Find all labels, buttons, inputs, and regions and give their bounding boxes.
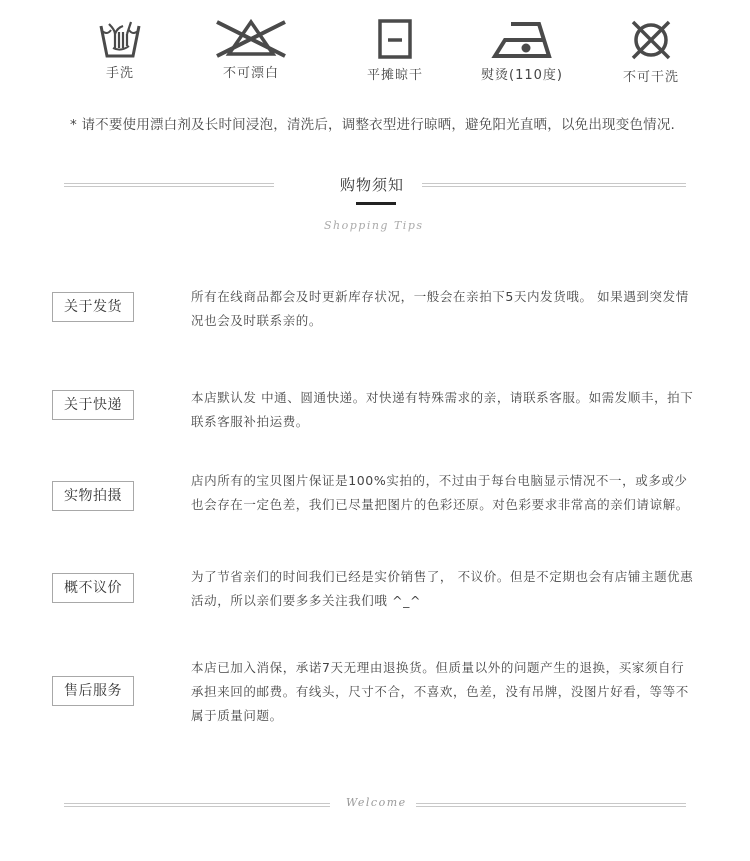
care-note: * 请不要使用漂白剂及长时间浸泡，清洗后，调整衣型进行晾晒，避免阳光直晒，以免出… (70, 113, 710, 133)
care-item-hand-wash: 手洗 (65, 18, 175, 81)
welcome-divider: Welcome (64, 794, 686, 814)
care-label: 不可漂白 (196, 62, 306, 81)
welcome-script: Welcome (346, 796, 407, 809)
tip-label: 概不议价 (52, 573, 134, 603)
tip-text: 店内所有的宝贝图片保证是100%实拍的，不过由于每台电脑显示情况不一，或多或少也… (191, 469, 696, 517)
section-title: 购物须知 (340, 174, 404, 195)
divider-line-left (64, 183, 274, 187)
tip-text: 所有在线商品都会及时更新库存状况，一般会在亲拍下5天内发货哦。 如果遇到突发情况… (191, 285, 696, 333)
section-subtitle: Shopping Tips (324, 219, 424, 232)
care-label: 熨烫(110度) (467, 64, 577, 83)
care-item-dry-flat: 平摊晾干 (340, 18, 450, 83)
care-label: 不可干洗 (596, 66, 706, 85)
care-label: 手洗 (65, 62, 175, 81)
tip-label: 关于发货 (52, 292, 134, 322)
tip-label: 关于快递 (52, 390, 134, 420)
divider-line-right (422, 183, 686, 187)
dry-flat-icon (372, 18, 418, 60)
tip-text: 本店已加入消保，承诺7天无理由退换货。但质量以外的问题产生的退换，买家须自行承担… (191, 656, 696, 728)
tip-text: 为了节省亲们的时间我们已经是实价销售了， 不议价。但是不定期也会有店铺主题优惠活… (191, 565, 696, 613)
no-bleach-icon (213, 18, 289, 58)
tip-label: 实物拍摄 (52, 481, 134, 511)
care-item-no-bleach: 不可漂白 (196, 18, 306, 81)
care-symbols-row: 手洗 不可漂白 平摊晾干 熨烫(110度) 不可干洗 (0, 18, 750, 88)
no-dry-clean-icon (627, 18, 675, 62)
divider-line-left (64, 803, 330, 807)
care-item-no-dry-clean: 不可干洗 (596, 18, 706, 85)
care-label: 平摊晾干 (340, 64, 450, 83)
title-accent-bar (356, 202, 396, 205)
iron-icon (487, 18, 557, 60)
tip-label: 售后服务 (52, 676, 134, 706)
tip-text: 本店默认发 中通、圆通快递。对快递有特殊需求的亲，请联系客服。如需发顺丰，拍下联… (191, 386, 696, 434)
shopping-tips-divider: 购物须知 (64, 174, 686, 194)
care-item-iron: 熨烫(110度) (467, 18, 577, 83)
hand-wash-icon (97, 18, 143, 58)
divider-line-right (416, 803, 686, 807)
